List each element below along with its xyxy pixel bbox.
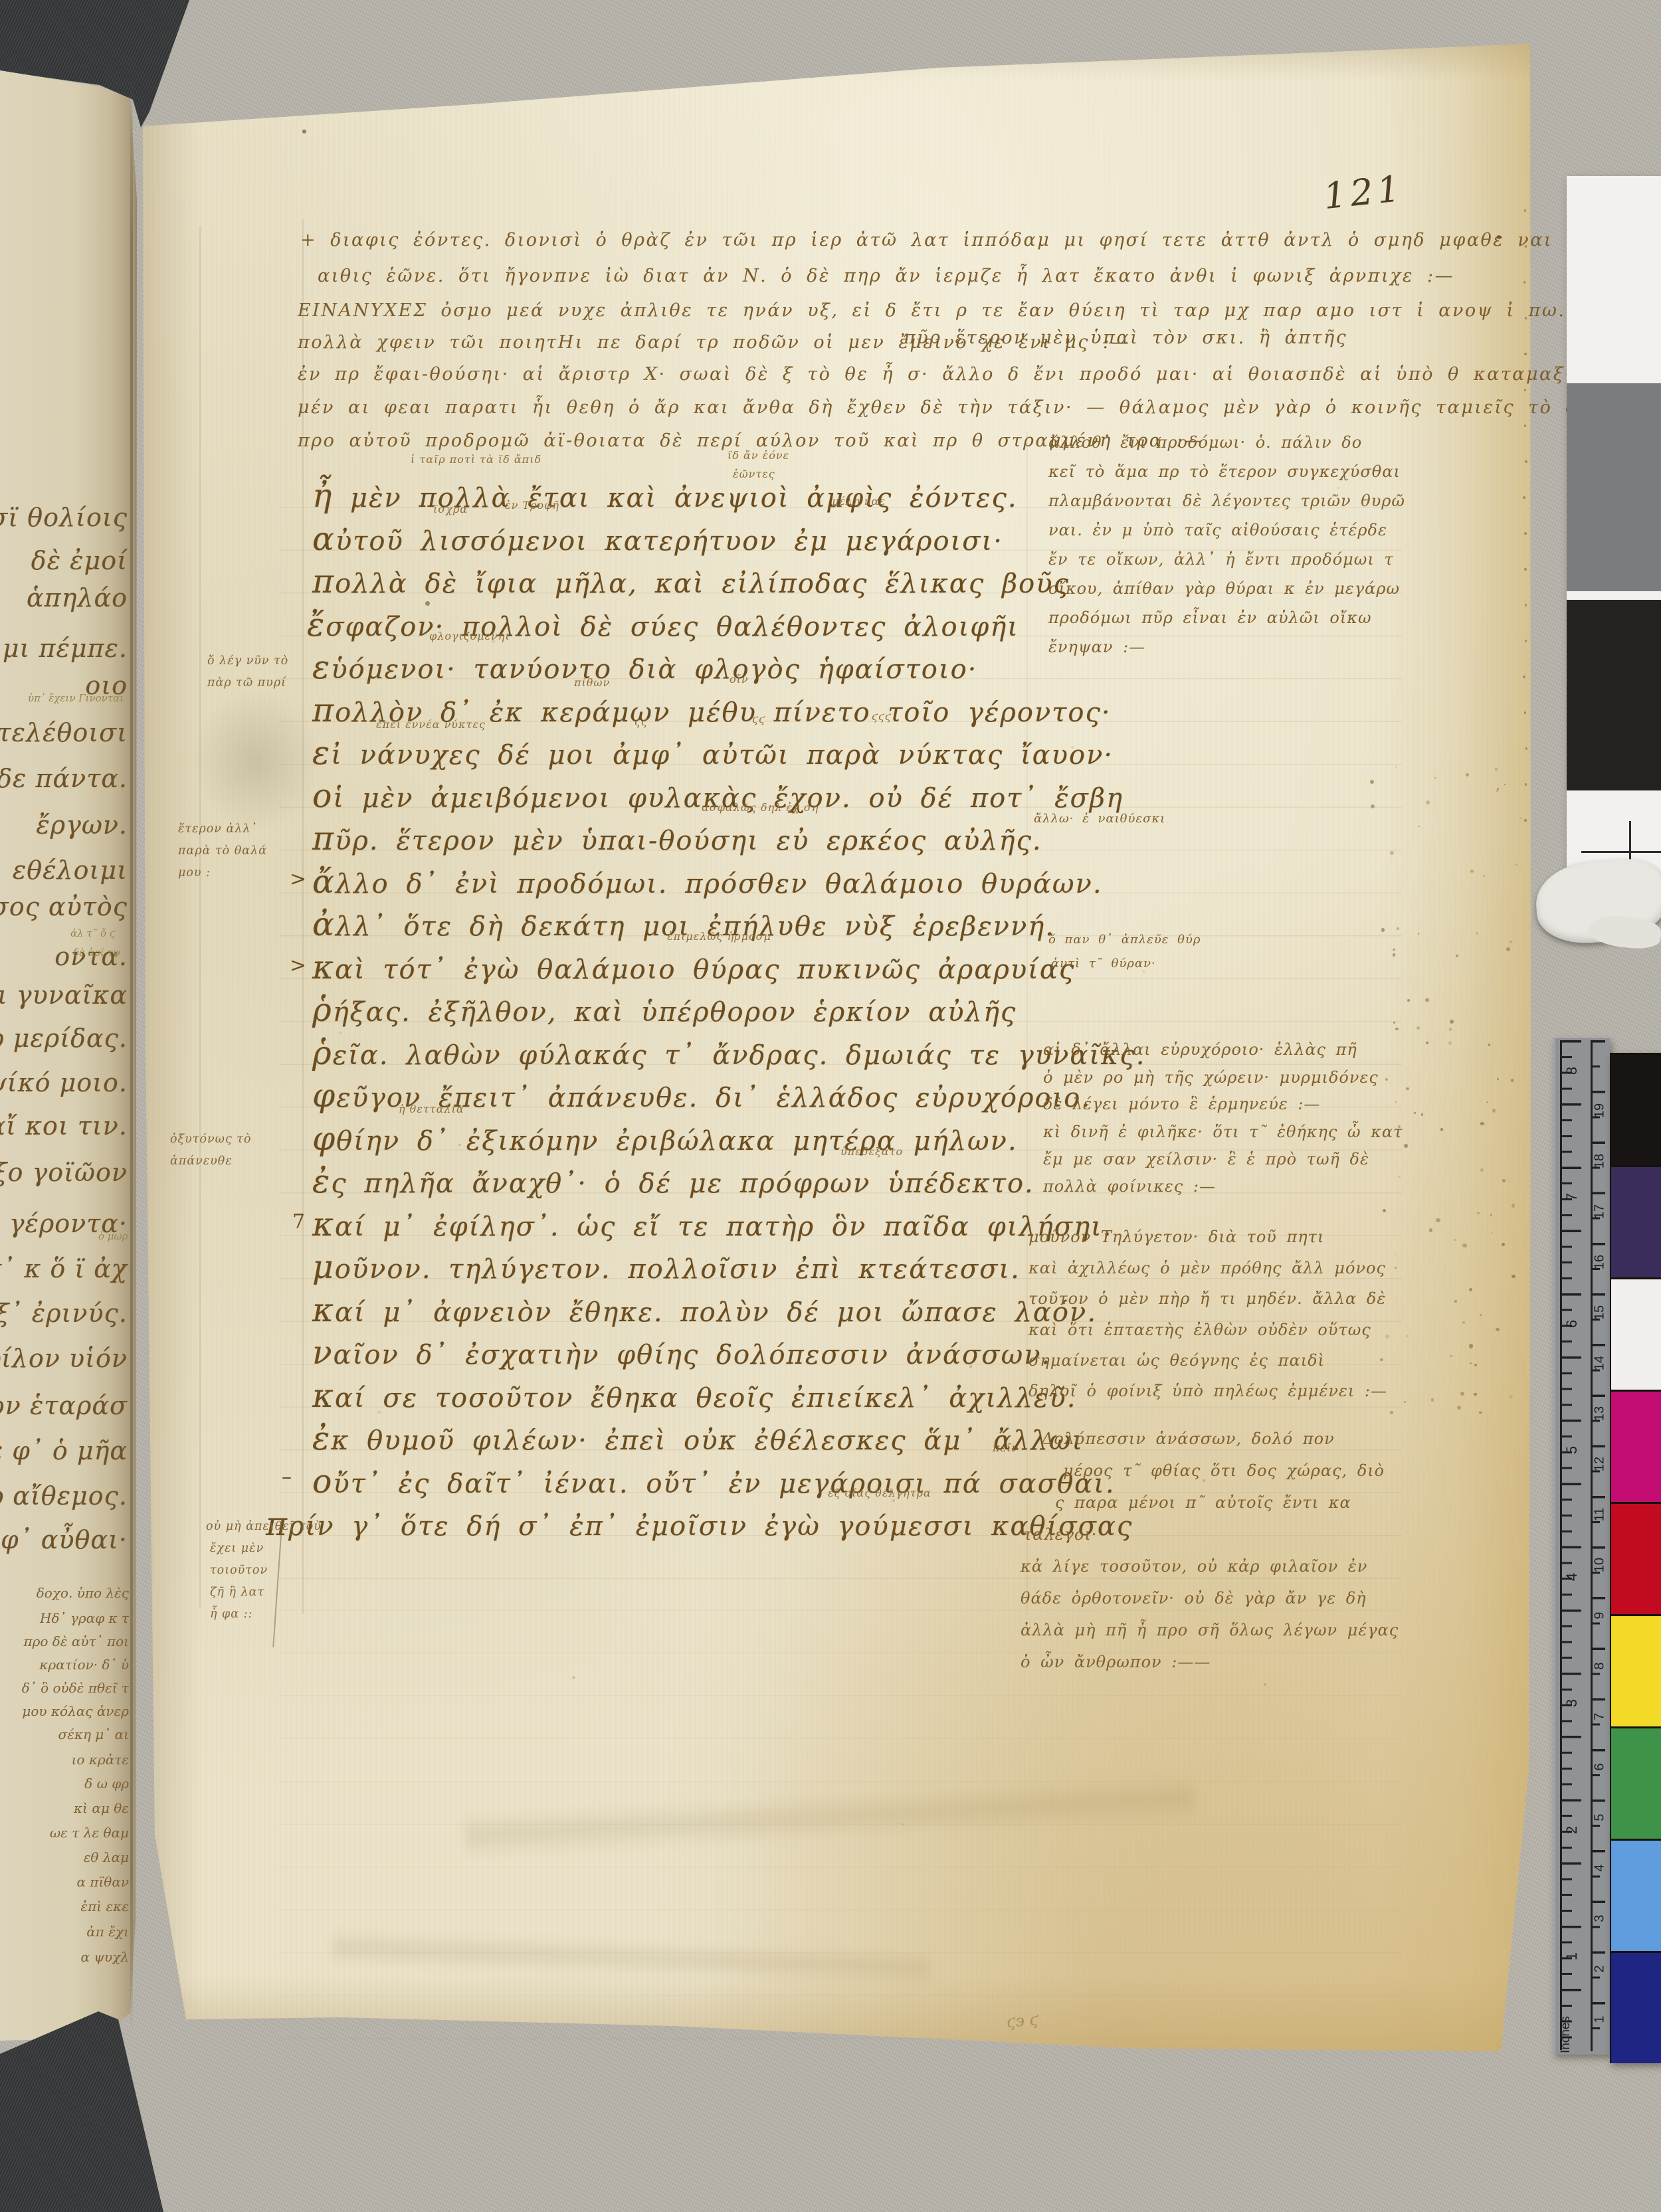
ruler-cm-number: 2	[1593, 1965, 1608, 1972]
main-text-line: ῥήξας. ἐξῆλθον, καὶ ὑπέρθορον ἑρκίον αὐλ…	[312, 991, 1017, 1029]
main-text-line: πῦρ. ἕτερον μὲν ὑπαι-θούσηι εὐ ερκέος αὐ…	[312, 820, 1042, 858]
main-text-line: εἰ νάνυχες δέ μοι ἀμφ᾽ αὐτῶι παρὰ νύκτας…	[312, 734, 1114, 772]
speckle-dot	[1397, 927, 1399, 930]
facing-scholia-fragment: ιο κρἀτε	[72, 1752, 129, 1768]
ruler-cm-number: 3	[1593, 1914, 1608, 1922]
facing-text-fragment: ἁπηλάο	[27, 583, 128, 612]
right-margin-note-line: κὶ δινῆ ἐ φιλῆκε· ὅτι τ῀ ἐθήκης ὧ κατ	[1043, 1123, 1403, 1141]
ruler-inch-number: 8	[1563, 1067, 1581, 1075]
pen-trial-mark: ϛ϶ ϛ	[1006, 2010, 1039, 2031]
facing-scholia-fragment: μου κόλας ἀνερ	[22, 1703, 129, 1719]
speckle-dot	[1426, 800, 1430, 804]
interlinear-gloss: ἐπιμελῶς ἡρμοσμ	[667, 930, 771, 943]
speckle-dot	[1524, 532, 1527, 535]
speckle-dot	[1480, 1314, 1481, 1315]
speckle-dot	[1523, 676, 1525, 678]
interlinear-gloss: οἴν	[730, 673, 749, 686]
right-margin-note-line: ἔμ με σαν χείλσιν· ἓ ἑ πρὸ τωῆ δὲ	[1043, 1150, 1369, 1168]
speckle-dot	[1462, 1244, 1466, 1247]
main-text-line: ἐκ θυμοῦ φιλέων· ἐπεὶ οὐκ ἐθέλεσκες ἅμ᾽ …	[312, 1420, 1084, 1457]
speckle-dot	[1492, 1109, 1496, 1113]
ruler-cm-number: 4	[1593, 1864, 1608, 1871]
speckle-dot	[1393, 949, 1395, 951]
speckle-dot	[1381, 928, 1385, 932]
speckle-dot	[1497, 788, 1499, 790]
facing-scholia-fragment: ἐπὶ εκε	[80, 1898, 129, 1914]
right-margin-note-line: ἀλλὰ μὴ πῆ ἦ προ σῆ ὅλως λέγων μέγας	[1021, 1621, 1399, 1639]
facing-text-fragment: σϊ θολίοις	[0, 503, 128, 532]
right-scholia-line: ναι. ἐν μ ὑπὸ ταῖς αἰθούσαις ἑτέρδε	[1048, 521, 1387, 539]
speckle-dot	[1440, 1128, 1443, 1131]
speckle-dot	[1524, 209, 1527, 212]
speckle-dot	[1495, 768, 1498, 771]
speckle-dot	[1450, 1020, 1454, 1024]
diple-mark: >	[290, 954, 306, 977]
right-margin-note-line: καὶ ὅτι ἑπταετὴς ἐλθὼν οὐδὲν οὕτως	[1028, 1321, 1371, 1339]
interlinear-gloss: πίθων	[574, 676, 610, 689]
facing-gloss-fragment: ὁ μωρ	[98, 1230, 128, 1242]
left-margin-note-line: ἀπάνευθε	[170, 1154, 233, 1168]
right-scholia-line: οἴκου, ἀπίθαν γὰρ θύραι κ ἐν μεγάρω	[1048, 579, 1400, 598]
facing-text-fragment: ο φ᾽ αὖθαι·	[0, 1525, 128, 1554]
speckle-dot	[1502, 1179, 1506, 1182]
right-scholia-line: προδόμωι πῦρ εἶναι ἐν αὐλῶι οἴκω	[1048, 608, 1372, 627]
facing-text-fragment: σος αὐτὸς	[0, 892, 128, 921]
speckle-dot	[1474, 1393, 1477, 1396]
interlinear-gloss: φλογιζόμενηι	[429, 630, 510, 642]
interlinear-gloss: ἐν Τροφῆ	[505, 499, 559, 511]
speckle-dot	[1525, 245, 1527, 248]
speckle-dot	[1143, 970, 1145, 972]
speckle-dot	[1496, 1328, 1499, 1331]
left-margin-note-line: ἕτερον ἀλλ᾽	[178, 822, 257, 836]
ruler-inch-major-ticks	[1561, 1040, 1581, 2050]
speckle-dot	[1497, 1078, 1499, 1080]
speckle-dot	[1525, 460, 1527, 463]
ruler-inch-number: 7	[1563, 1193, 1581, 1201]
interlinear-gloss: ἀσφαλῶς δηλ ἐχ ση	[702, 801, 819, 814]
top-scholia-line: + διαφις ἐόντες. διονισὶ ὁ θρὰζ ἐν τῶι π…	[300, 230, 1604, 250]
main-text-line: αὐτοῦ λισσόμενοι κατερήτυον ἐμ μεγάροισι…	[312, 520, 1003, 558]
right-margin-note-line: Δολόπεσσιν ἀνάσσων, δολό πον	[1042, 1429, 1335, 1448]
grayscale-patch	[1567, 176, 1661, 383]
manuscript-photo: σϊ θολίοιςδὲ ἐμοίἁπηλάομι πέμπε.οιοτελέθ…	[0, 0, 1661, 2212]
speckle-dot	[1454, 1300, 1457, 1303]
speckle-dot	[458, 1144, 460, 1146]
speckle-dot	[1470, 1362, 1472, 1364]
right-margin-note-line: ὅ παν θ᾽ ἁπλεῦε θύρ	[1048, 933, 1201, 947]
facing-text-fragment: ξ᾽ ἐρινύς.	[0, 1299, 128, 1328]
speckle-dot	[1393, 953, 1395, 956]
left-margin-note-line: ζῆ ἢ λατ	[210, 1586, 264, 1599]
ruler-cm-major-ticks	[1592, 1040, 1605, 2051]
main-text-line: πολλὰ δὲ ἴφια μῆλα, καὶ εἰλίποδας ἕλικας…	[312, 563, 1070, 600]
speckle-dot	[1525, 317, 1527, 320]
speckle-dot	[1523, 281, 1526, 284]
right-margin-note-line: ἀντὶ τ῀ θύραν·	[1051, 957, 1156, 970]
facing-text-fragment: ν φρ αἴθεμος.	[0, 1481, 128, 1511]
diple-mark: >	[290, 868, 306, 891]
speckle-dot	[572, 1676, 575, 1679]
facing-text-fragment: καμψίκό μοιο.	[0, 1068, 128, 1097]
speckle-dot	[1511, 1079, 1514, 1082]
facing-scholia-fragment: Ηδ᾽ γραφ κ τ	[40, 1610, 129, 1626]
facing-scholia-fragment: ωε τ λε θαμ	[50, 1825, 129, 1841]
speckle-dot	[1469, 1344, 1473, 1348]
facing-text-fragment: πὴρ σε φ᾽ ὁ μῆα	[0, 1436, 128, 1465]
facing-page-text: σϊ θολίοιςδὲ ἐμοίἁπηλάομι πέμπε.οιοτελέθ…	[0, 0, 137, 2212]
main-text-line: ναῖον δ᾽ ἐσχατιὴν φθίης δολόπεσσιν ἀνάσσ…	[312, 1334, 1051, 1372]
ruler-inch-number: 3	[1563, 1699, 1581, 1707]
left-margin-note-line: παρὰ τὸ θαλά	[178, 844, 267, 858]
speckle-dot	[1406, 1087, 1409, 1091]
interlinear-gloss: ϛϛ	[635, 715, 648, 728]
facing-text-fragment: ε δ᾽ αἴ κοι τιν.	[0, 1111, 128, 1141]
main-text-line: ἐς πηλῆα ἄναχθ᾽· ὁ δέ με πρόφρων ὑπέδεκτ…	[312, 1162, 1034, 1200]
right-scholia-line: κεῖ τὸ ἅμα πρ τὸ ἕτερον συγκεχύσθαι	[1048, 462, 1401, 481]
ruler-cm-number: 11	[1593, 1508, 1608, 1522]
ruler-cm-number: 9	[1593, 1612, 1608, 1619]
ruler-cm-number: 15	[1593, 1305, 1608, 1320]
speckle-dot	[1431, 1398, 1434, 1401]
main-text-line: ἄλλο δ᾽ ἐνὶ προδόμωι. πρόσθεν θαλάμοιο θ…	[312, 863, 1103, 901]
facing-text-fragment: μι πέμπε.	[3, 634, 128, 663]
ruler-cm-number: 12	[1593, 1457, 1608, 1471]
facing-scholia-fragment: α ψυχλ	[81, 1949, 130, 1965]
ruler-inch-number: 5	[1563, 1446, 1581, 1454]
color-patch	[1611, 1951, 1661, 2063]
speckle-dot	[1524, 389, 1527, 391]
facing-scholia-fragment: ἀπ ἔχι	[86, 1924, 129, 1940]
facing-gloss-fragment: δὲ ἀρϊ τψ	[73, 947, 121, 959]
speckle-dot	[969, 1365, 972, 1368]
ruler-cm-number: 5	[1593, 1813, 1608, 1821]
speckle-dot	[1480, 1168, 1484, 1172]
interlinear-gloss: ϛϛ	[752, 713, 765, 725]
facing-text-fragment: ς ἐμόσαντ᾽ κ ὅ ϊ ἀχ	[0, 1254, 128, 1283]
speckle-dot	[1469, 1288, 1472, 1291]
left-margin-note-line: πὰρ τῶ πυρί	[207, 676, 286, 690]
ruler-cm-number: 10	[1593, 1558, 1608, 1572]
speckle-dot	[1385, 1078, 1388, 1081]
grayscale-calibration-bar	[1567, 176, 1661, 893]
main-text-line: καί μ᾽ ἐφίλησ᾽. ὡς εἴ τε πατὴρ ὃν παῖδα …	[312, 1206, 1112, 1244]
speckle-dot	[1421, 1113, 1423, 1115]
speckle-dot	[1418, 933, 1419, 934]
color-patch	[1611, 1839, 1661, 1951]
top-scholia-line: ΕΙΝΑΝΥΧΕΣ ὀσμο μεά νυχε ἀπλιθε τε ηνάν υ…	[298, 300, 1661, 321]
speckle-dot	[1525, 640, 1527, 642]
main-text-line: μοῦνον. τηλύγετον. πολλοῖσιν ἐπὶ κτεάτεσ…	[312, 1248, 1021, 1286]
speckle-dot	[1390, 1411, 1393, 1414]
interlinear-gloss: ὑπεδέξατο	[840, 1145, 903, 1158]
main-text-line: εὑόμενοι· τανύοντο διὰ φλογὸς ἡφαίστοιο·	[312, 648, 977, 686]
speckle-dot	[1488, 1044, 1491, 1046]
speckle-dot	[1525, 783, 1527, 786]
ruler-cm-number: 8	[1593, 1662, 1608, 1669]
right-margin-note-line: πεῖν	[993, 1441, 1019, 1454]
facing-text-fragment: τελέθοισι	[0, 718, 128, 747]
ruler-cm-number: 16	[1593, 1255, 1608, 1269]
facing-scholia-fragment: εθ λαμ	[84, 1849, 129, 1865]
speckle-dot	[1390, 851, 1394, 855]
ruler-cm-number: 6	[1593, 1763, 1608, 1770]
right-margin-note-line: ς παρα μένοι π῀ αὐτοῖς ἔντι κα	[1055, 1493, 1351, 1512]
ruler-unit-label: Inches	[1559, 2016, 1573, 2053]
speckle-dot	[1417, 1026, 1420, 1030]
color-patch	[1611, 1053, 1661, 1165]
speckle-dot	[1506, 947, 1510, 951]
interlinear-gloss: ἐξ οἵας θέλγητρα	[828, 1487, 931, 1499]
diple-mark: –	[282, 1465, 292, 1489]
registration-cross-horizontal	[1581, 851, 1661, 853]
folio-number: 121	[1321, 167, 1406, 217]
main-text-line: καὶ τότ᾽ ἐγὼ θαλάμοιο θύρας πυκινῶς ἀραρ…	[312, 949, 1075, 986]
speckle-dot	[1404, 1144, 1408, 1148]
main-text-line: ἦ μὲν πολλὰ ἔται καὶ ἀνεψιοὶ ἀμφὶς ἐόντε…	[312, 477, 1018, 515]
right-scholia-line: ἔν τε οἴκων, ἀλλ᾽ ἡ ἔντι προδόμωι τ	[1048, 550, 1394, 569]
right-margin-note-line: ὁ μὲν ρο μὴ τῆς χώρειν· μυρμιδόνες	[1043, 1068, 1379, 1087]
speckle-dot	[1429, 1228, 1432, 1232]
left-margin-note-line: οὐ μὴ ἀπειθεῖ τοὺ	[206, 1520, 322, 1533]
speckle-dot	[1456, 955, 1458, 957]
diple-mark: 7	[292, 1210, 305, 1234]
right-scholia-line: πλαμβάνονται δὲ λέγοντες τριῶν θυρῶ	[1048, 492, 1405, 510]
interlinear-gloss: μέλη ναε	[832, 495, 886, 507]
speckle-dot	[1512, 1275, 1515, 1279]
speckle-dot	[1525, 604, 1527, 606]
ruler-cm-number: 14	[1593, 1356, 1608, 1370]
speckle-dot	[1398, 1176, 1401, 1178]
speckle-dot	[1523, 496, 1525, 499]
ruler-cm-number: 7	[1593, 1712, 1608, 1720]
speckle-dot	[1497, 235, 1501, 239]
main-text-line: καί σε τοσοῦτον ἔθηκα θεοῖς ἐπιείκελ᾽ ἀχ…	[312, 1377, 1076, 1415]
main-text-line: φθίην δ᾽ ἐξικόμην ἐριβώλακα μητέρα μήλων…	[312, 1120, 1018, 1158]
facing-scholia-fragment: κὶ αμ θε	[74, 1800, 129, 1816]
speckle-dot	[377, 1411, 380, 1414]
speckle-dot	[1203, 1479, 1205, 1482]
speckle-dot	[1509, 1395, 1513, 1399]
facing-scholia-fragment: σέκη μ᾽ αι	[58, 1726, 129, 1742]
interlinear-gloss: ϊσχρα	[433, 503, 468, 515]
speckle-dot	[892, 1499, 895, 1502]
right-margin-note-line: σημαίνεται ὡς θεόγνης ἐς παιδὶ	[1028, 1351, 1325, 1370]
color-patch	[1611, 1502, 1661, 1614]
left-margin-note-line: ἔχει μὲν	[210, 1542, 264, 1555]
ruler-inch-number: 6	[1563, 1320, 1581, 1328]
facing-gloss-fragment: ὑπ᾽ ἔχειν Γίνονται	[28, 692, 124, 704]
speckle-dot	[1477, 1212, 1479, 1214]
speckle-dot	[1524, 711, 1527, 714]
interlinear-gloss: ϊδ ἄν ἐόνε	[728, 449, 789, 462]
ruler-cm-number: 17	[1593, 1204, 1608, 1219]
ruler-cm-number: 18	[1593, 1154, 1608, 1168]
color-patch	[1611, 1614, 1661, 1726]
ruler-cm-number: 13	[1593, 1406, 1608, 1421]
right-scholia-line: ἄλλοθ᾽ ἔνι προδόμωι· ὁ. πάλιν δο	[1048, 433, 1362, 452]
color-patch	[1611, 1165, 1661, 1277]
right-margin-note-line: δηλοῖ ὁ φοίνιξ ὑπὸ πηλέως ἐμμένει :—	[1028, 1382, 1387, 1400]
facing-text-fragment: εθέλοιμι	[13, 856, 128, 885]
facing-text-fragment: μμι γυναῖκα	[0, 980, 128, 1010]
speckle-dot	[1395, 1101, 1397, 1103]
grayscale-patch	[1567, 383, 1661, 591]
speckle-dot	[1496, 790, 1498, 792]
speckle-dot	[1426, 1042, 1428, 1044]
ink-offset-smudge	[193, 691, 319, 830]
speckle-dot	[1524, 819, 1527, 822]
facing-text-fragment: φίλον υἱόν	[0, 1344, 128, 1373]
right-margin-note-line: πολλὰ φοίνικες :—	[1043, 1177, 1216, 1196]
speckle-dot	[1436, 1218, 1440, 1222]
left-margin-note-line: τοιοῦτον	[210, 1564, 268, 1577]
facing-scholia-fragment: δ ω φρ	[84, 1776, 129, 1792]
right-margin-note-line: δὲ λέγει μόντο ἓ ἑρμηνεύε :—	[1043, 1095, 1320, 1113]
right-margin-note-line: μέρος τ῀ φθίας ὅτι δος χώρας, διὸ	[1063, 1461, 1385, 1480]
right-margin-note-line: ταλέγοι·	[1023, 1525, 1097, 1544]
ruler-cm-number: 1	[1593, 2015, 1608, 2023]
interlinear-gloss: ἱ ταῖρ ποτὶ τὰ ϊδ ἄπιδ	[411, 453, 541, 466]
speckle-dot	[1395, 1028, 1398, 1030]
speckle-dot	[1454, 1239, 1456, 1241]
speckle-dot	[1524, 353, 1527, 355]
color-patch	[1611, 1277, 1661, 1390]
speckle-dot	[1524, 424, 1527, 427]
facing-text-fragment: σι τάδε πάντα.	[0, 764, 128, 793]
facing-scholia-fragment: προ δὲ αὐτ᾽ ποι	[23, 1633, 129, 1649]
grayscale-patch	[1567, 591, 1661, 600]
speckle-dot	[1380, 1358, 1383, 1361]
facing-text-fragment: ον ἑταράσ	[0, 1391, 128, 1420]
facing-scholia-fragment: κρατίον· δ᾽ ὑ	[39, 1657, 129, 1673]
right-margin-note-line: αἱ δ᾽ ἄλλαι εὐρυχόροιο· ἑλλὰς πῆ	[1043, 1040, 1357, 1059]
facing-scholia-fragment: α πϊθαν	[76, 1874, 129, 1890]
speckle-dot	[1449, 1028, 1452, 1030]
ruler-cm-number: 19	[1593, 1103, 1608, 1118]
speckle-dot	[1524, 568, 1527, 571]
speckle-dot	[1502, 1243, 1505, 1246]
interlinear-gloss: ἑῶντες	[733, 468, 775, 480]
right-margin-note-line: ἄλλω· ἐ ναιθύεσκι	[1034, 812, 1165, 826]
speckle-dot	[1519, 818, 1521, 819]
speckle-dot	[1462, 1321, 1465, 1324]
right-margin-note-line: τοῦτον ὁ μὲν πὴρ ἤ τι μηδέν. ἄλλα δὲ	[1028, 1289, 1386, 1308]
interlinear-gloss: ϛϛϛ	[872, 710, 892, 723]
left-margin-note-line: μου :	[178, 866, 211, 879]
speckle-dot	[1479, 1412, 1481, 1414]
main-text-line: καί μ᾽ ἀφνειὸν ἔθηκε. πολὺν δέ μοι ὤπασε…	[312, 1291, 1097, 1329]
speckle-dot	[1470, 870, 1474, 873]
color-calibration-bar	[1610, 1053, 1661, 2063]
right-margin-note-line: καὶ ἀχιλλέως ὁ μὲν πρόθης ἄλλ μόνος	[1028, 1259, 1386, 1277]
grayscale-patch	[1567, 600, 1661, 790]
main-text-line: ἔσφαζον· πολλοὶ δὲ σύες θαλέθοντες ἀλοιφ…	[307, 606, 1019, 644]
facing-scholia-fragment: δ᾽ ὃ οὐδὲ πθεῖ τ	[22, 1680, 129, 1696]
facing-gloss-fragment: ἀλ τ῀ ὄ ϛ	[70, 927, 115, 939]
right-margin-note-line: κἀ λίγε τοσοῦτον, οὐ κἀρ φιλαῖον ἐν	[1021, 1557, 1367, 1576]
main-text-line: πρίν γ᾽ ὅτε δή σ᾽ ἐπ᾽ ἐμοῖσιν ἐγὼ γούμεσ…	[266, 1505, 1133, 1543]
speckle-dot	[425, 601, 430, 606]
left-margin-note-line: ἦ φα ::	[210, 1608, 252, 1621]
facing-scholia-fragment: δοχο. ὑπο λὲς	[37, 1585, 129, 1601]
left-margin-note-line: ὅ λέγ νῦν τὸ	[207, 654, 288, 668]
top-scholia-line: μέν αι φεαι παρατι ἧι θεθη ὁ ἄρ και ἄνθα…	[298, 397, 1589, 418]
facing-text-fragment: ϊ κξο γοϊῶον	[0, 1158, 128, 1187]
speckle-dot	[1457, 1406, 1461, 1410]
speckle-dot	[1525, 747, 1528, 750]
main-text-line: οὔτ᾽ ἐς δαῖτ᾽ ἰέναι. οὔτ᾽ ἐν μεγάροισι π…	[312, 1463, 1116, 1501]
speckle-dot	[1460, 1392, 1464, 1396]
left-margin-note-line: ὀξυτόνως τὸ	[170, 1133, 252, 1146]
speckle-dot	[302, 130, 306, 134]
ruler-inch-number: 1	[1563, 1952, 1581, 1960]
speckle-dot	[1482, 1123, 1484, 1125]
right-margin-note-line: μοῦνον Τηλύγετον· διὰ τοῦ πητι	[1028, 1228, 1324, 1246]
color-patch	[1611, 1390, 1661, 1502]
interlinear-gloss: ἡ θετταλία	[399, 1103, 464, 1115]
right-margin-note-line: θάδε ὀρθοτονεῖν· οὐ δὲ γὰρ ἄν γε δὴ	[1021, 1589, 1367, 1608]
facing-text-fragment: δὲ ἐμοί	[31, 546, 128, 575]
facing-text-fragment: ορ μερίδας.	[0, 1024, 128, 1053]
top-scholia-line: πῦρ ἕτερον μὲν ὑπαὶ τὸν σκι. ἢ ἀπτῆς	[904, 327, 1347, 348]
facing-text-fragment: ἔργων.	[36, 810, 128, 840]
color-patch	[1611, 1726, 1661, 1839]
top-scholia-line: ἐν πρ ἔφαι-θούσηι· αἱ ἄριστρ Χ· σωαὶ δὲ …	[298, 364, 1572, 385]
interlinear-gloss: ἐπεὶ ἐννέα νύκτες	[376, 718, 486, 731]
main-text-line: ῥεῖα. λαθὼν φύλακάς τ᾽ ἄνδρας. δμωιάς τε…	[312, 1034, 1145, 1072]
ruler-inch-number: 4	[1563, 1573, 1581, 1581]
right-scholia-line: ἔνηψαν :—	[1048, 638, 1145, 656]
top-scholia-line: αιθις ἑῶνε. ὅτι ἤγονπνε ἰὼ διατ ἀν Ν. ὁ …	[318, 266, 1454, 286]
right-margin-note-line: ὁ ὦν ἄνθρωπον :——	[1021, 1653, 1211, 1671]
speckle-dot	[1466, 773, 1469, 777]
ruler-inch-number: 2	[1563, 1826, 1581, 1834]
speckle-dot	[1515, 864, 1517, 865]
